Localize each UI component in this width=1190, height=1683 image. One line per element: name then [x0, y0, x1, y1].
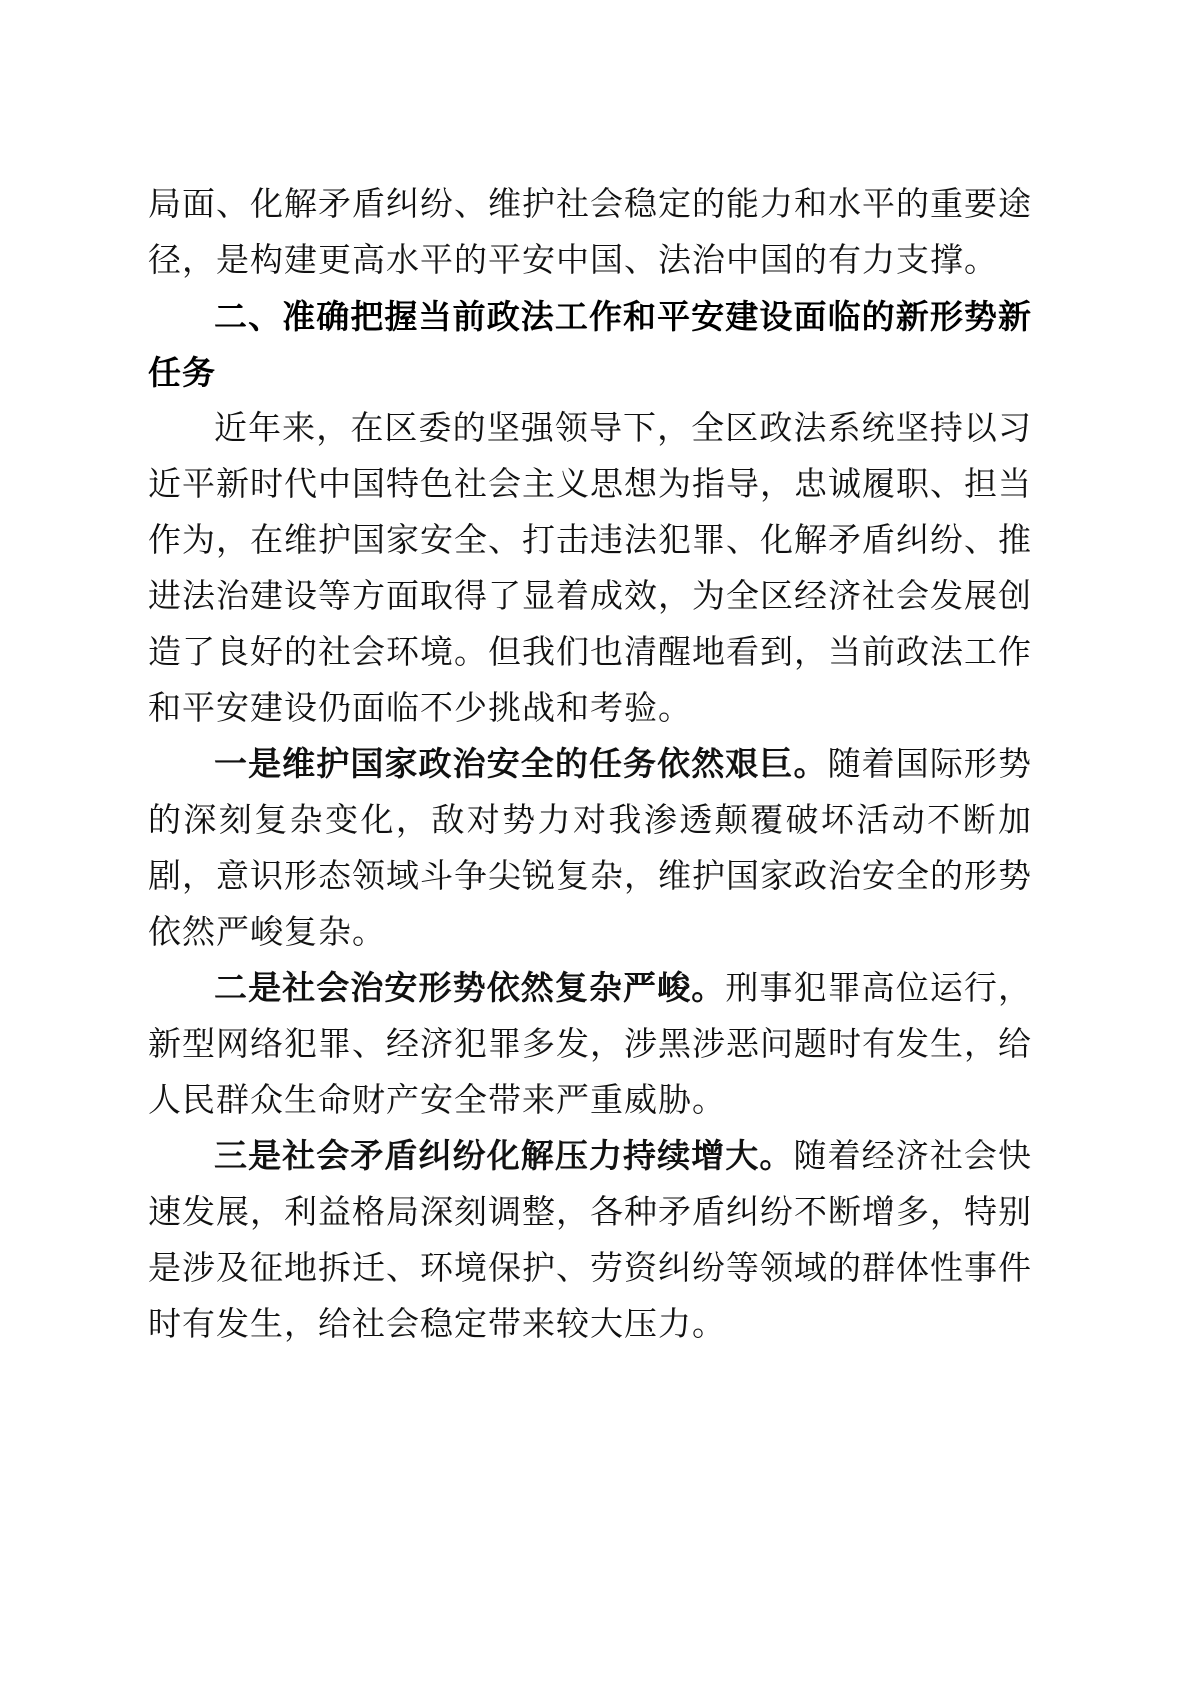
paragraph-point-2: 二是社会治安形势依然复杂严峻。刑事犯罪高位运行，新型网络犯罪、经济犯罪多发，涉黑… [148, 961, 1032, 1129]
point-3-lead: 三是社会矛盾纠纷化解压力持续增大。 [214, 1139, 793, 1175]
document-page: 局面、化解矛盾纠纷、维护社会稳定的能力和水平的重要途径，是构建更高水平的平安中国… [0, 0, 1190, 1683]
point-2-lead: 二是社会治安形势依然复杂严峻。 [214, 971, 725, 1007]
paragraph-point-3: 三是社会矛盾纠纷化解压力持续增大。随着经济社会快速发展，利益格局深刻调整，各种矛… [148, 1129, 1032, 1353]
section-heading: 二、准确把握当前政法工作和平安建设面临的新形势新任务 [148, 289, 1032, 401]
paragraph-overview: 近年来，在区委的坚强领导下，全区政法系统坚持以习近平新时代中国特色社会主义思想为… [148, 401, 1032, 737]
point-1-lead: 一是维护国家政治安全的任务依然艰巨。 [214, 747, 828, 783]
paragraph-point-1: 一是维护国家政治安全的任务依然艰巨。随着国际形势的深刻复杂变化，敌对势力对我渗透… [148, 737, 1032, 961]
paragraph-continuation: 局面、化解矛盾纠纷、维护社会稳定的能力和水平的重要途径，是构建更高水平的平安中国… [148, 177, 1032, 289]
